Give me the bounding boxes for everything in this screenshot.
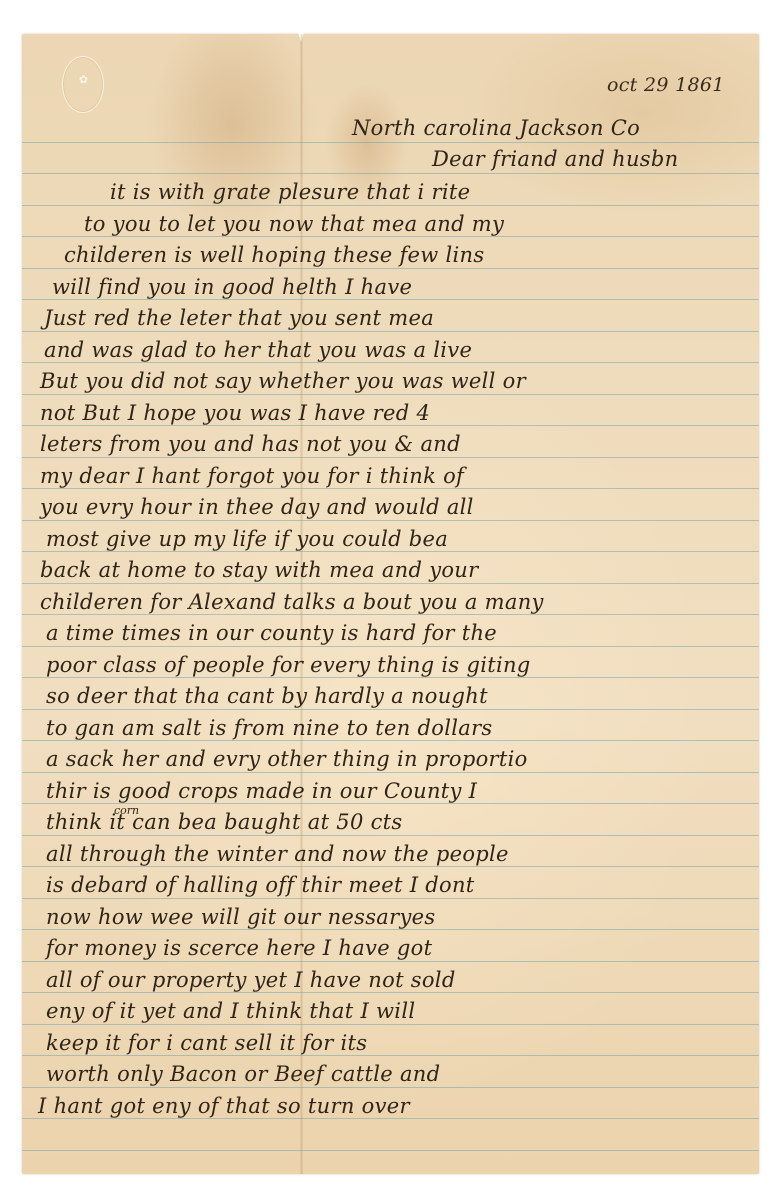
letter-line: so deer that tha cant by hardly a nought — [46, 684, 488, 708]
ruled-line — [22, 1118, 759, 1119]
letter-line: Just red the leter that you sent mea — [44, 306, 434, 330]
letter-line: my dear I hant forgot you for i think of — [40, 464, 464, 488]
letter-line: eny of it yet and I think that I will — [46, 999, 415, 1023]
ruled-line — [22, 236, 759, 237]
letter-line: to gan am salt is from nine to ten dolla… — [46, 716, 493, 740]
letter-page: ✿ oct 29 1861 North carolina Jackson Co … — [22, 34, 759, 1174]
ruled-line — [22, 835, 759, 836]
ruled-line — [22, 425, 759, 426]
ruled-line — [22, 551, 759, 552]
letter-line: childeren is well hoping these few lins — [64, 243, 484, 267]
ruled-line — [22, 1087, 759, 1088]
embossed-stamp-icon: ✿ — [62, 56, 104, 113]
letter-line: I hant got eny of that so turn over — [38, 1094, 410, 1118]
letter-line: it is with grate plesure that i rite — [110, 180, 470, 204]
ruled-line — [22, 268, 759, 269]
ruled-line — [22, 929, 759, 930]
ruled-line — [22, 866, 759, 867]
letter-line: now how wee will git our nessaryes — [46, 905, 435, 929]
letter-line: all through the winter and now the peopl… — [46, 842, 509, 866]
ruled-line — [22, 457, 759, 458]
ruled-line — [22, 488, 759, 489]
letter-line: childeren for Alexand talks a bout you a… — [40, 590, 544, 614]
ruled-line — [22, 1055, 759, 1056]
ruled-line — [22, 142, 759, 143]
ruled-line — [22, 362, 759, 363]
letter-line: you evry hour in thee day and would all — [40, 495, 474, 519]
letter-line: most give up my life if you could bea — [46, 527, 448, 551]
letter-line: worth only Bacon or Beef cattle and — [46, 1062, 440, 1086]
ruled-line — [22, 173, 759, 174]
ruled-line — [22, 709, 759, 710]
letter-salutation: Dear friand and husbn — [432, 147, 678, 171]
letter-line: a time times in our county is hard for t… — [46, 621, 497, 645]
ruled-line — [22, 677, 759, 678]
letter-line: and was glad to her that you was a live — [44, 338, 472, 362]
ruled-line — [22, 394, 759, 395]
letter-line: not But I hope you was I have red 4 — [40, 401, 430, 425]
stamp-emblem: ✿ — [63, 73, 103, 86]
ruled-line — [22, 331, 759, 332]
ruled-line — [22, 992, 759, 993]
ruled-line — [22, 646, 759, 647]
ruled-line — [22, 1024, 759, 1025]
letter-line: think it can bea baught at 50 cts — [46, 810, 402, 834]
ruled-line — [22, 961, 759, 962]
letter-line: for money is scerce here I have got — [46, 936, 432, 960]
letter-line: all of our property yet I have not sold — [46, 968, 456, 992]
letter-line: But you did not say whether you was well… — [40, 369, 526, 393]
letter-place: North carolina Jackson Co — [352, 116, 640, 140]
letter-line: thir is good crops made in our County I — [46, 779, 477, 803]
ruled-line — [22, 772, 759, 773]
letter-line: back at home to stay with mea and your — [40, 558, 478, 582]
ruled-line — [22, 740, 759, 741]
letter-line: to you to let you now that mea and my — [84, 212, 504, 236]
letter-line: leters from you and has not you & and — [40, 432, 461, 456]
letter-line: poor class of people for every thing is … — [46, 653, 531, 677]
letter-date: oct 29 1861 — [607, 74, 725, 96]
ruled-line — [22, 299, 759, 300]
ruled-line — [22, 1150, 759, 1151]
ruled-line — [22, 614, 759, 615]
letter-line: keep it for i cant sell it for its — [46, 1031, 367, 1055]
ruled-line — [22, 520, 759, 521]
letter-line: will find you in good helth I have — [52, 275, 412, 299]
ruled-line — [22, 898, 759, 899]
letter-line: a sack her and evry other thing in propo… — [46, 747, 528, 771]
ruled-line — [22, 205, 759, 206]
letter-line: is debard of halling off thir meet I don… — [46, 873, 475, 897]
ruled-line — [22, 583, 759, 584]
